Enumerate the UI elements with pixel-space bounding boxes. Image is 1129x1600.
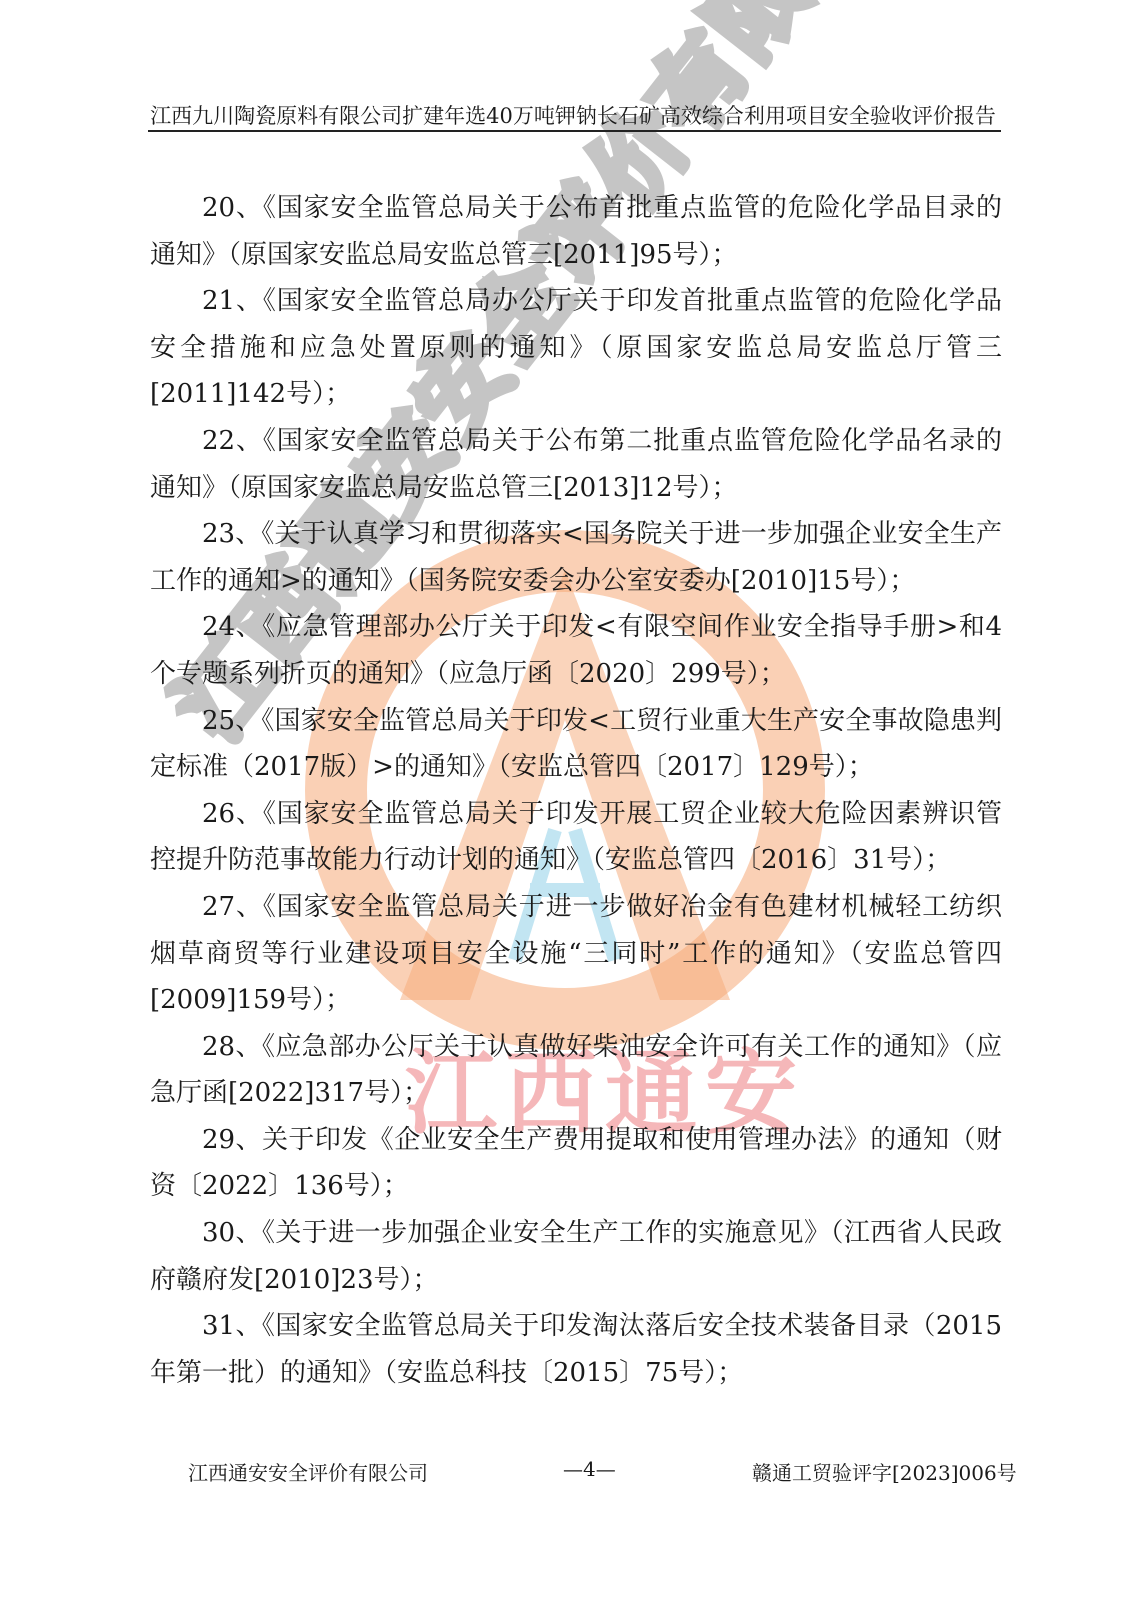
footer-doc-number: 赣通工贸验评字[2023]006号 xyxy=(752,1457,1017,1486)
list-item: 24、《应急管理部办公厅关于印发<有限空间作业安全指导手册>和4个专题系列折页的… xyxy=(150,604,1002,697)
list-item: 26、《国家安全监管总局关于印发开展工贸企业较大危险因素辨识管控提升防范事故能力… xyxy=(150,791,1002,884)
list-item: 30、《关于进一步加强企业安全生产工作的实施意见》（江西省人民政府赣府发[201… xyxy=(150,1210,1002,1303)
list-item: 21、《国家安全监管总局办公厅关于印发首批重点监管的危险化学品安全措施和应急处置… xyxy=(150,278,1002,418)
list-item: 25、《国家安全监管总局关于印发<工贸行业重大生产安全事故隐患判定标准（2017… xyxy=(150,698,1002,791)
running-header: 江西九川陶瓷原料有限公司扩建年选40万吨钾钠长石矿高效综合利用项目安全验收评价报… xyxy=(148,100,998,130)
list-item: 28、《应急部办公厅关于认真做好柴油安全许可有关工作的通知》（应急厅函[2022… xyxy=(150,1024,1002,1117)
list-item: 23、《关于认真学习和贯彻落实<国务院关于进一步加强企业安全生产工作的通知>的通… xyxy=(150,511,1002,604)
list-item: 27、《国家安全监管总局关于进一步做好冶金有色建材机械轻工纺织烟草商贸等行业建设… xyxy=(150,884,1002,1024)
list-item: 29、关于印发《企业安全生产费用提取和使用管理办法》的通知（财资〔2022〕13… xyxy=(150,1117,1002,1210)
list-item: 31、《国家安全监管总局关于印发淘汰落后安全技术装备目录（2015年第一批）的通… xyxy=(150,1303,1002,1396)
header-divider xyxy=(148,130,1001,132)
footer-company: 江西通安安全评价有限公司 xyxy=(188,1457,428,1486)
regulation-list: 20、《国家安全监管总局关于公布首批重点监管的危险化学品目录的通知》（原国家安监… xyxy=(150,185,1002,1396)
list-item: 22、《国家安全监管总局关于公布第二批重点监管危险化学品名录的通知》（原国家安监… xyxy=(150,418,1002,511)
list-item: 20、《国家安全监管总局关于公布首批重点监管的危险化学品目录的通知》（原国家安监… xyxy=(150,185,1002,278)
page-number: —4— xyxy=(563,1457,616,1481)
document-page: 江西通安 江西通安安全评价有限公司 江西九川陶瓷原料有限公司扩建年选40万吨钾钠… xyxy=(0,0,1129,1600)
